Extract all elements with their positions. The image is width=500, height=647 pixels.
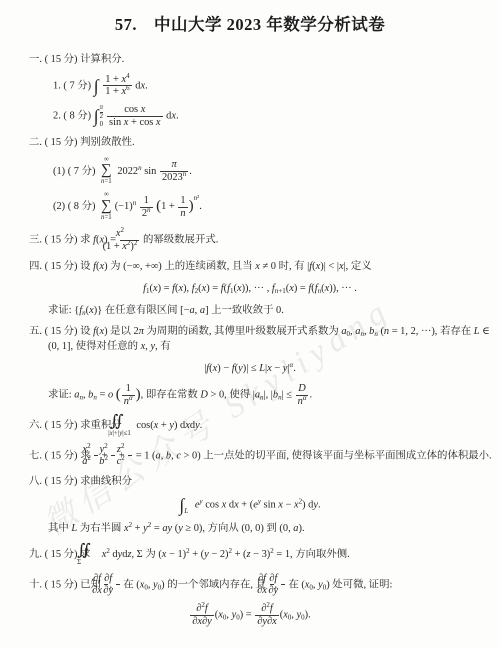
problem-2-head: 二. ( 15 分) 判别敛散性. [0,135,492,150]
problem-8-head: 八. ( 15 分) 求曲线积分 [0,474,492,489]
problem-5-head: 五. ( 15 分) 设 f(x) 是以 2π 为周期的函数, 其傅里叶级数展开… [0,324,492,354]
problem-10-display: ∂2f∂x∂y(x0, y0) = ∂2f∂y∂x(x0, y0). [0,603,500,627]
problem-5-claim: 求证: an, bn = o (1nα), 即存在常数 D > 0, 使得 |a… [0,383,492,407]
problem-list: 一. ( 15 分) 计算积分.1. ( 7 分) ∫ 1 + x41 + x6… [0,52,500,628]
problem-4-claim: 求证: {fn(x)} 在任意有限区间 [−a, a] 上一致收敛于 0. [0,303,492,318]
exam-content: 57. 中山大学 2023 年数学分析试卷 一. ( 15 分) 计算积分.1.… [0,13,500,628]
problem-4-display: f1(x) = f(x), f2(x) = f(f1(x)), ··· , fn… [0,281,500,296]
problem-8-note: 其中 L 为右半圆 x2 + y2 = ay (y ≥ 0), 方向从 (0, … [0,521,492,536]
problem-1-item-1: 1. ( 7 分) ∫ 1 + x41 + x6 dx. [0,74,492,98]
exam-paper-page: 微信公众号 Skyliyang 57. 中山大学 2023 年数学分析试卷 一.… [0,0,500,647]
problem-9: 九. ( 15 分) 求 ∬Σ x2 dydz, Σ 为 (x − 1)2 + … [0,543,492,566]
problem-1-head: 一. ( 15 分) 计算积分. [0,52,492,67]
problem-10-head: 十. ( 15 分) 已知 ∂f∂x, ∂f∂y 在 (x0, y0) 的一个邻… [0,573,492,597]
problem-3: 三. ( 15 分) 求 f(x) = x2(1 + x2)2 的幂级数展开式. [0,228,492,252]
problem-6: 六. ( 15 分) 求重积分 ∬|x|+|y|≤1 cos(x + y) dx… [0,414,492,437]
problem-8-display: ∫L ey cos x dx + (ey sin x − x2) dy. [0,496,500,514]
problem-1-item-2: 2. ( 8 分) ∫π20cos xsin x + cos x dx. [0,104,492,128]
problem-7: 七. ( 15 分) 求 x2a2 + y2b2 + z2c2 = 1 (a, … [0,444,492,468]
problem-2-item-2: (2) ( 8 分) ∞∑n=1(−1)n 12n (1 + 1n)n². [0,192,492,221]
problem-5-display: |f(x) − f(y)| ≤ L|x − y|α. [0,361,500,376]
problem-4-head: 四. ( 15 分) 设 f(x) 为 (−∞, +∞) 上的连续函数, 且当 … [0,259,492,274]
problem-2-item-1: (1) ( 7 分) ∞∑n=1 2022n sin π2023n. [0,157,492,186]
page-title: 57. 中山大学 2023 年数学分析试卷 [0,13,500,37]
